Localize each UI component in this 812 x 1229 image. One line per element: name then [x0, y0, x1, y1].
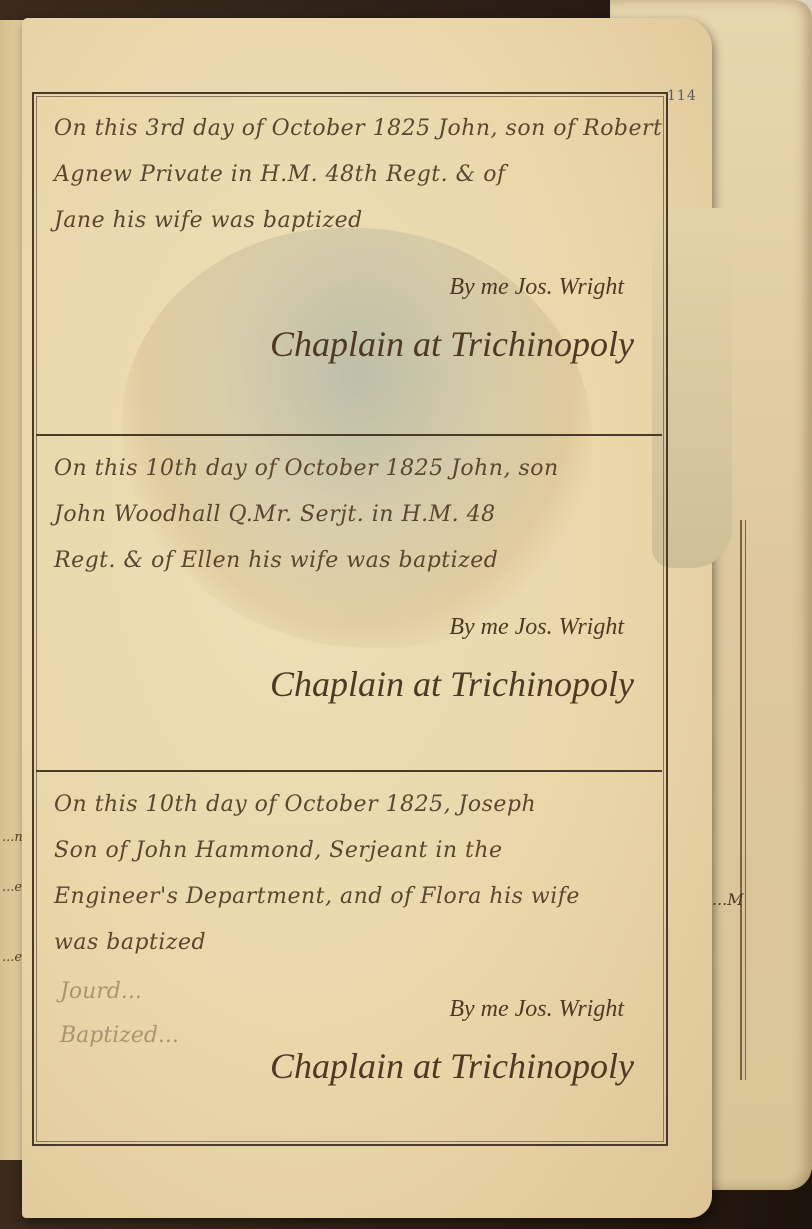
page-number: 114	[667, 88, 697, 104]
entry-line: Son of John Hammond, Serjeant in the	[54, 828, 644, 874]
entry-line: On this 10th day of October 1825 John, s…	[54, 446, 644, 492]
signature: By me Jos. Wright	[54, 260, 624, 314]
entry-line: John Woodhall Q.Mr. Serjt. in H.M. 48	[54, 492, 644, 538]
baptism-entry-1: On this 3rd day of October 1825 John, so…	[36, 96, 662, 436]
bleed-through-text: Jourd... Baptized...	[60, 970, 240, 1080]
entry-line: On this 10th day of October 1825, Joseph	[54, 782, 644, 828]
bleed-through-line: Baptized...	[60, 1014, 240, 1058]
signatory-title: Chaplain at Trichinopoly	[54, 314, 634, 374]
entry-line: was baptized	[54, 920, 644, 966]
signatory-title: Chaplain at Trichinopoly	[54, 654, 634, 714]
bleed-through-line: Jourd...	[60, 970, 240, 1014]
entry-line: Jane his wife was baptized	[54, 198, 644, 244]
left-page-fragment: ...e	[2, 950, 22, 965]
entry-line: Engineer's Department, and of Flora his …	[54, 874, 644, 920]
entry-line: Agnew Private in H.M. 48th Regt. & of	[54, 152, 644, 198]
ruled-line	[740, 520, 746, 1080]
left-page-fragment: ...e	[2, 880, 22, 895]
entry-line: Regt. & of Ellen his wife was baptized	[54, 538, 644, 584]
left-page-fragment: ...n	[2, 830, 23, 845]
entry-line: On this 3rd day of October 1825 John, so…	[54, 106, 644, 152]
right-page-fragment: ...M	[712, 890, 744, 909]
signature: By me Jos. Wright	[54, 600, 624, 654]
baptism-entry-2: On this 10th day of October 1825 John, s…	[36, 436, 662, 772]
baptism-entry-3: On this 10th day of October 1825, Joseph…	[36, 772, 662, 1138]
